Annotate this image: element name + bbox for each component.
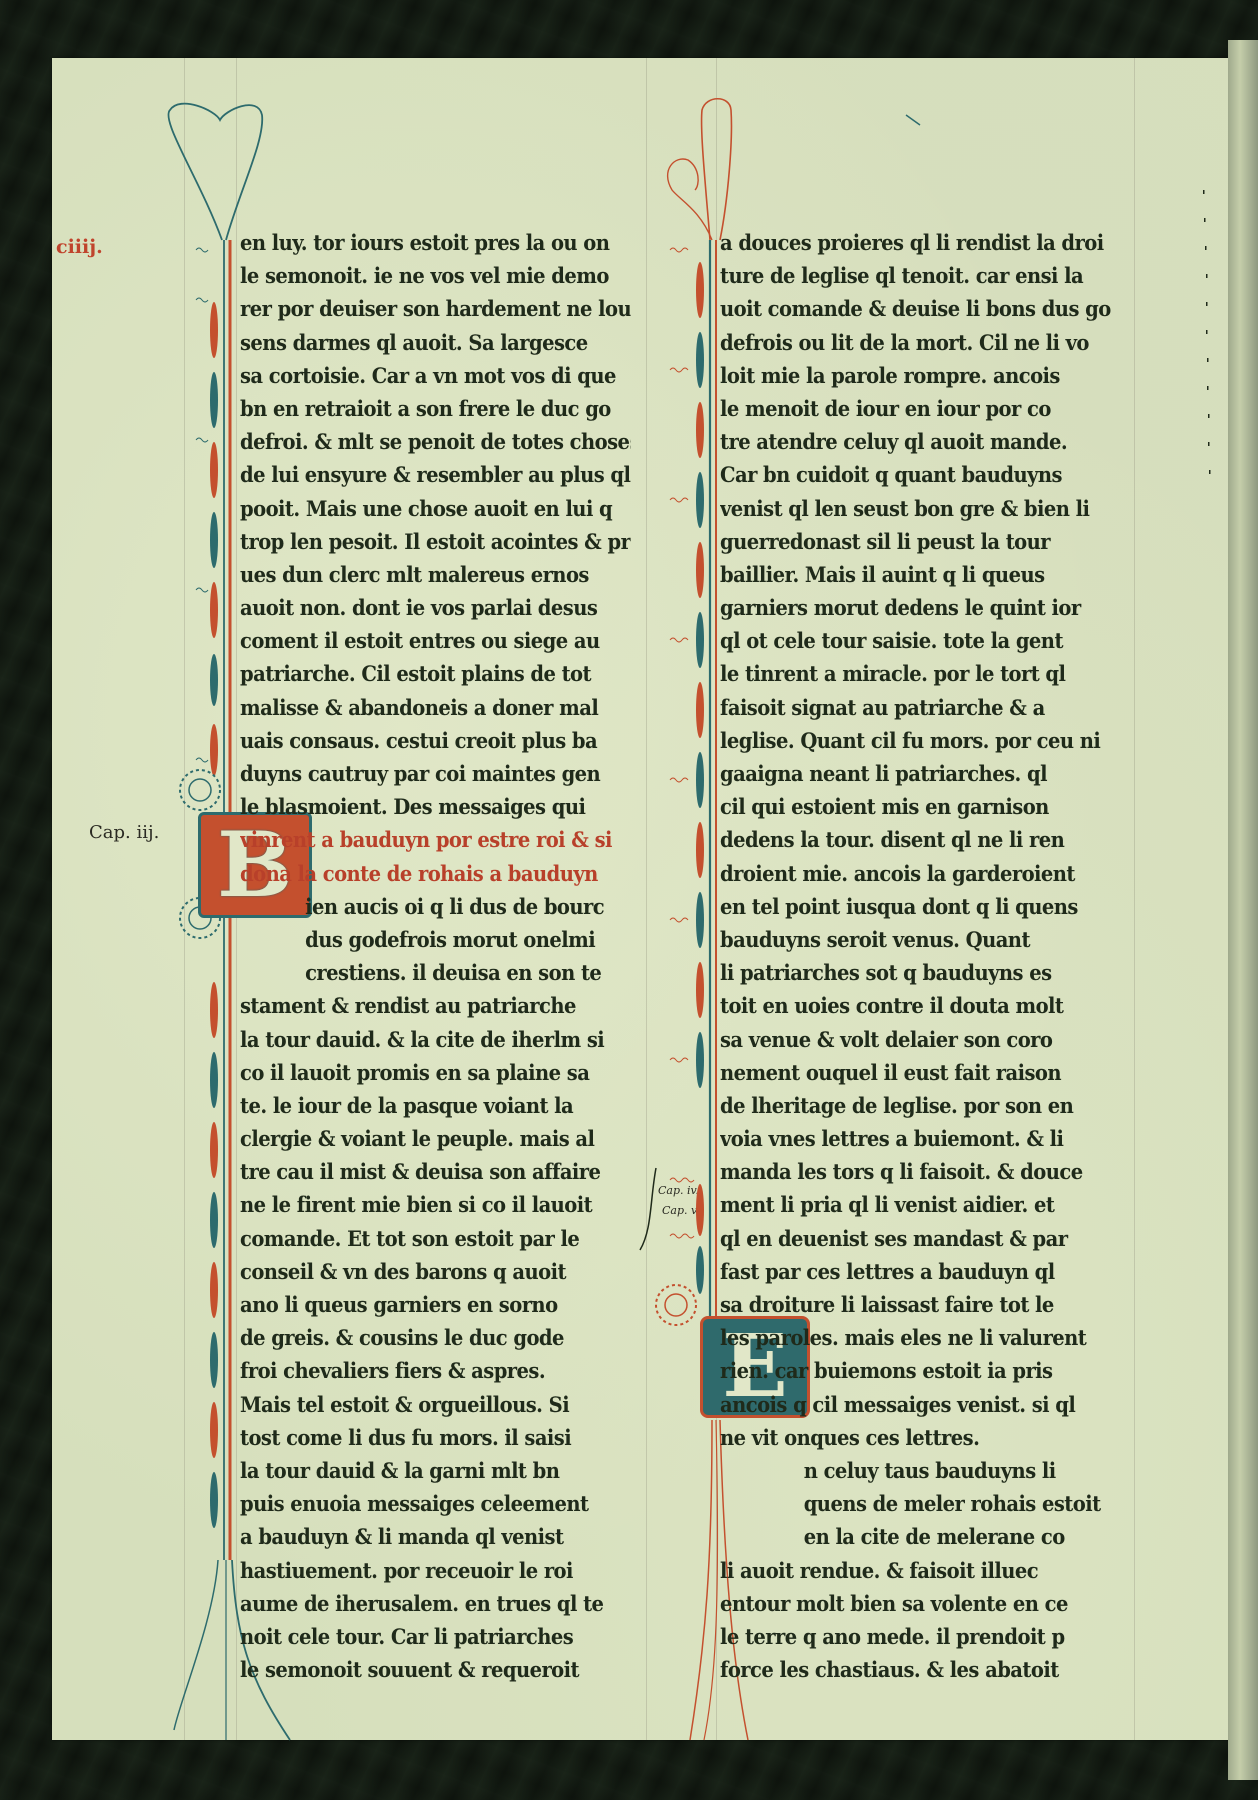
rubric-line: vinrent a bauduyn por estre roi & si xyxy=(240,823,631,856)
text-line: uoit comande & deuise li bons dus go xyxy=(720,292,1111,325)
text-line: ues dun clerc mlt malereus ernos xyxy=(240,558,631,591)
text-line: toit en uoies contre il douta molt xyxy=(720,989,1111,1022)
text-line: de lui ensyure & resembler au plus ql xyxy=(240,458,631,491)
text-line: force les chastiaus. & les abatoit xyxy=(720,1653,1111,1686)
text-line: Mais tel estoit & orgueillous. Si xyxy=(240,1388,631,1421)
text-line: stament & rendist au patriarche xyxy=(240,989,631,1022)
text-line: conseil & vn des barons q auoit xyxy=(240,1255,631,1288)
text-line: tost come li dus fu mors. il saisi xyxy=(240,1421,631,1454)
text-line: le blasmoient. Des messaiges qui xyxy=(240,790,631,823)
text-line: defroi. & mlt se penoit de totes choses xyxy=(240,425,631,458)
text-line: ancois q cil messaiges venist. si ql xyxy=(720,1388,1111,1421)
text-line: garniers morut dedens le quint ior xyxy=(720,591,1111,624)
text-line: voia vnes lettres a buiemont. & li xyxy=(720,1122,1111,1155)
text-line: ment li pria ql li venist aidier. et xyxy=(720,1188,1111,1221)
text-line: crestiens. il deuisa en son te xyxy=(240,956,631,989)
text-line: la tour dauid & la garni mlt bn xyxy=(240,1454,631,1487)
text-line: hastiuement. por receuoir le roi xyxy=(240,1554,631,1587)
text-line: fast par ces lettres a bauduyn ql xyxy=(720,1255,1111,1288)
text-line: trop len pesoit. Il estoit acointes & pr… xyxy=(240,525,631,558)
text-line: en luy. tor iours estoit pres la ou on xyxy=(240,226,631,259)
text-line: rien. car buiemons estoit ia pris xyxy=(720,1354,1111,1387)
text-line: sens darmes ql auoit. Sa largesce xyxy=(240,326,631,359)
text-line: aume de iherusalem. en trues ql te xyxy=(240,1587,631,1620)
text-line: ql en deuenist ses mandast & par xyxy=(720,1222,1111,1255)
text-line: a bauduyn & li manda ql venist xyxy=(240,1520,631,1553)
text-line: n celuy taus bauduyns li xyxy=(720,1454,1111,1487)
text-line: le semonoit souuent & requeroit xyxy=(240,1653,631,1686)
text-line: ano li queus garniers en sorno xyxy=(240,1288,631,1321)
rubric-line: dona la conte de rohais a bauduyn xyxy=(240,857,631,890)
text-line: bn en retraioit a son frere le duc go xyxy=(240,392,631,425)
text-line: sa droiture li laissast faire tot le xyxy=(720,1288,1111,1321)
text-line: bauduyns seroit venus. Quant xyxy=(720,923,1111,956)
facing-page-edge xyxy=(1228,40,1258,1780)
text-line: sa venue & volt delaier son coro xyxy=(720,1023,1111,1056)
text-line: guerredonast sil li peust la tour xyxy=(720,525,1111,558)
text-line: leglise. Quant cil fu mors. por ceu ni xyxy=(720,724,1111,757)
text-line: rer por deuiser son hardement ne lou xyxy=(240,292,631,325)
text-line: malisse & abandoneis a doner mal xyxy=(240,691,631,724)
text-line: dedens la tour. disent ql ne li ren xyxy=(720,823,1111,856)
text-line: clergie & voiant le peuple. mais al xyxy=(240,1122,631,1155)
text-line: pooit. Mais une chose auoit en lui q xyxy=(240,492,631,525)
text-line: la tour dauid. & la cite de iherlm si xyxy=(240,1023,631,1056)
text-line: quens de meler rohais estoit xyxy=(720,1487,1111,1520)
text-line: comande. Et tot son estoit par le xyxy=(240,1222,631,1255)
text-line: droient mie. ancois la garderoient xyxy=(720,857,1111,890)
text-line: ture de leglise ql tenoit. car ensi la xyxy=(720,259,1111,292)
text-line: en tel point iusqua dont q li quens xyxy=(720,890,1111,923)
text-line: le semonoit. ie ne vos vel mie demo xyxy=(240,259,631,292)
text-line: froi chevaliers fiers & aspres. xyxy=(240,1354,631,1387)
text-line: venist ql len seust bon gre & bien li xyxy=(720,492,1111,525)
text-line: li auoit rendue. & faisoit illuec xyxy=(720,1554,1111,1587)
text-line: a douces proieres ql li rendist la droi xyxy=(720,226,1111,259)
text-column-right: a douces proieres ql li rendist la droi … xyxy=(720,226,1140,1686)
text-line: ne vit onques ces lettres. xyxy=(720,1421,1111,1454)
text-line: de greis. & cousins le duc gode xyxy=(240,1321,631,1354)
text-line: tre atendre celuy ql auoit mande. xyxy=(720,425,1111,458)
text-line: defrois ou lit de la mort. Cil ne li vo xyxy=(720,326,1111,359)
text-line: cil qui estoient mis en garnison xyxy=(720,790,1111,823)
text-line: le menoit de iour en iour por co xyxy=(720,392,1111,425)
text-column-left: en luy. tor iours estoit pres la ou on l… xyxy=(240,226,660,1686)
text-line: ql ot cele tour saisie. tote la gent xyxy=(720,624,1111,657)
text-line: nement ouquel il eust fait raison xyxy=(720,1056,1111,1089)
chapter-mark-v: Cap. v. xyxy=(662,1204,699,1217)
text-line: auoit non. dont ie vos parlai desus xyxy=(240,591,631,624)
text-line: dus godefrois morut onelmi xyxy=(240,923,631,956)
text-line: le terre q ano mede. il prendoit p xyxy=(720,1620,1111,1653)
text-line: ne le firent mie bien si co il lauoit xyxy=(240,1188,631,1221)
text-line: de lheritage de leglise. por son en xyxy=(720,1089,1111,1122)
text-line: coment il estoit entres ou siege au xyxy=(240,624,631,657)
text-line: faisoit signat au patriarche & a xyxy=(720,691,1111,724)
text-line: gaaigna neant li patriarches. ql xyxy=(720,757,1111,790)
folio-number: ciiij. xyxy=(56,236,103,258)
text-line: li patriarches sot q bauduyns es xyxy=(720,956,1111,989)
text-line: manda les tors q li faisoit. & douce xyxy=(720,1155,1111,1188)
text-line: les paroles. mais eles ne li valurent xyxy=(720,1321,1111,1354)
text-line: en la cite de melerane co xyxy=(720,1520,1111,1553)
text-line: entour molt bien sa volente en ce xyxy=(720,1587,1111,1620)
text-line: noit cele tour. Car li patriarches xyxy=(240,1620,631,1653)
text-line: sa cortoisie. Car a vn mot vos di que xyxy=(240,359,631,392)
text-line: tre cau il mist & deuisa son affaire xyxy=(240,1155,631,1188)
text-line: duyns cautruy par coi maintes gen xyxy=(240,757,631,790)
text-line: te. le iour de la pasque voiant la xyxy=(240,1089,631,1122)
text-line: uais consaus. cestui creoit plus ba xyxy=(240,724,631,757)
text-line: Car bn cuidoit q quant bauduyns xyxy=(720,458,1111,491)
text-line: puis enuoia messaiges celeement xyxy=(240,1487,631,1520)
chapter-mark-iv: Cap. iv. xyxy=(658,1184,699,1197)
text-line: co il lauoit promis en sa plaine sa xyxy=(240,1056,631,1089)
text-line: ien aucis oi q li dus de bourc xyxy=(240,890,631,923)
chapter-mark-iii: Cap. iij. xyxy=(89,822,159,843)
ruling-line-left-outer xyxy=(184,58,185,1740)
text-line: baillier. Mais il auint q li queus xyxy=(720,558,1111,591)
text-line: loit mie la parole rompre. ancois xyxy=(720,359,1111,392)
ruling-line-center-right xyxy=(716,58,717,1740)
text-line: le tinrent a miracle. por le tort ql xyxy=(720,657,1111,690)
text-line: patriarche. Cil estoit plains de tot xyxy=(240,657,631,690)
